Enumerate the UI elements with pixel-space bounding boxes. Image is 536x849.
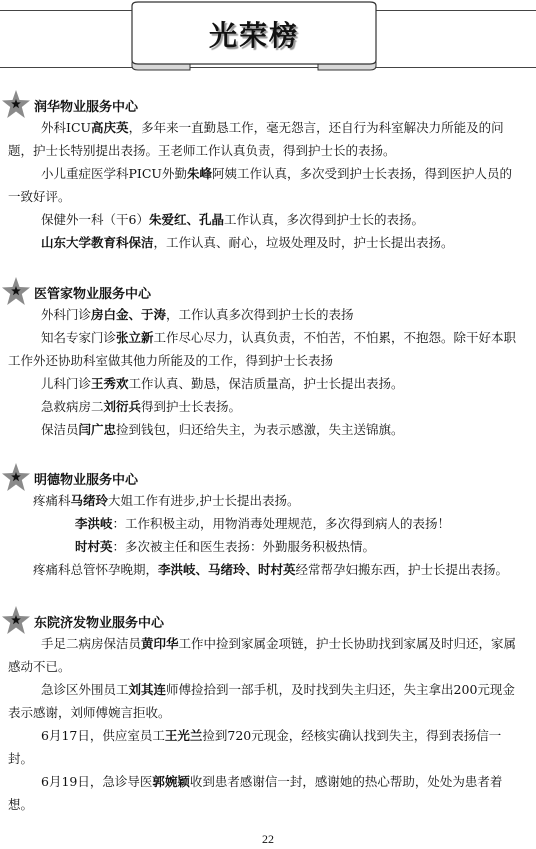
section-title: 医管家物业服务中心 (34, 283, 151, 302)
commendation-paragraph: 手足二病房保洁员黄印华工作中捡到家属金项链，护士长协助找到家属及时归还，家属感动… (0, 632, 536, 678)
commendation-paragraph: 保健外一科（干6）朱爱红、孔晶工作认真，多次得到护士长的表扬。 (0, 208, 536, 231)
commendation-paragraph: 李洪岐：工作积极主动，用物消毒处理规范，多次得到病人的表扬！ (0, 512, 536, 535)
commendation-paragraph: 外科门诊房白金、于涛，工作认真多次得到护士长的表扬 (0, 303, 536, 326)
section-title: 明德物业服务中心 (34, 469, 138, 488)
page-number: 22 (0, 832, 536, 847)
commendation-paragraph: 保洁员闫广忠捡到钱包，归还给失主，为表示感激，失主送锦旗。 (0, 418, 536, 441)
commendation-paragraph: 时村英：多次被主任和医生表扬：外勤服务积极热情。 (0, 535, 536, 558)
commendation-paragraph: 知名专家门诊张立新工作尽心尽力，认真负责，不怕苦，不怕累，不抱怨。除干好本职工作… (0, 326, 536, 372)
commendation-paragraph: 儿科门诊王秀欢工作认真、勤恳，保洁质量高，护士长提出表扬。 (0, 372, 536, 395)
commendation-paragraph: 小儿重症医学科PICU外勤朱峰阿姨工作认真，多次受到护士长表扬，得到医护人员的一… (0, 162, 536, 208)
banner-title: 光荣榜 (130, 14, 378, 54)
commendation-paragraph: 6月19日，急诊导医郭婉颖收到患者感谢信一封，感谢她的热心帮助，处处为患者着想。 (0, 770, 536, 816)
commendation-paragraph: 急救病房二刘衍兵得到护士长表扬。 (0, 395, 536, 418)
commendation-paragraph: 山东大学教育科保洁，工作认真、耐心，垃圾处理及时，护士长提出表扬。 (0, 231, 536, 254)
section-dongyuan-jifa: 东院济发物业服务中心 手足二病房保洁员黄印华工作中捡到家属金项链，护士长协助找到… (0, 606, 536, 816)
star-icon (2, 277, 30, 305)
commendation-paragraph: 疼痛科马绪玲大姐工作有进步,护士长提出表扬。 (0, 489, 536, 512)
commendation-paragraph: 外科ICU高庆英，多年来一直勤恳工作，毫无怨言，还自行为科室解决力所能及的问题，… (0, 116, 536, 162)
section-yiguanjia: 医管家物业服务中心 外科门诊房白金、于涛，工作认真多次得到护士长的表扬 知名专家… (0, 277, 536, 441)
commendation-paragraph: 急诊区外围员工刘其连师傅捡拾到一部手机，及时找到失主归还，失主拿出200元现金表… (0, 678, 536, 724)
section-runhua: 润华物业服务中心 外科ICU高庆英，多年来一直勤恳工作，毫无怨言，还自行为科室解… (0, 90, 536, 254)
star-icon (2, 90, 30, 118)
section-title: 润华物业服务中心 (34, 96, 138, 115)
commendation-paragraph: 6月17日，供应室员工王光兰捡到720元现金，经核实确认找到失主，得到表扬信一封… (0, 724, 536, 770)
star-icon (2, 606, 30, 634)
section-mingde: 明德物业服务中心 疼痛科马绪玲大姐工作有进步,护士长提出表扬。 李洪岐：工作积极… (0, 463, 536, 581)
section-title: 东院济发物业服务中心 (34, 612, 164, 631)
commendation-paragraph: 疼痛科总管怀孕晚期，李洪岐、马绪玲、时村英经常帮孕妇搬东西，护士长提出表扬。 (0, 558, 536, 581)
banner: 光荣榜 (0, 0, 536, 75)
star-icon (2, 463, 30, 491)
